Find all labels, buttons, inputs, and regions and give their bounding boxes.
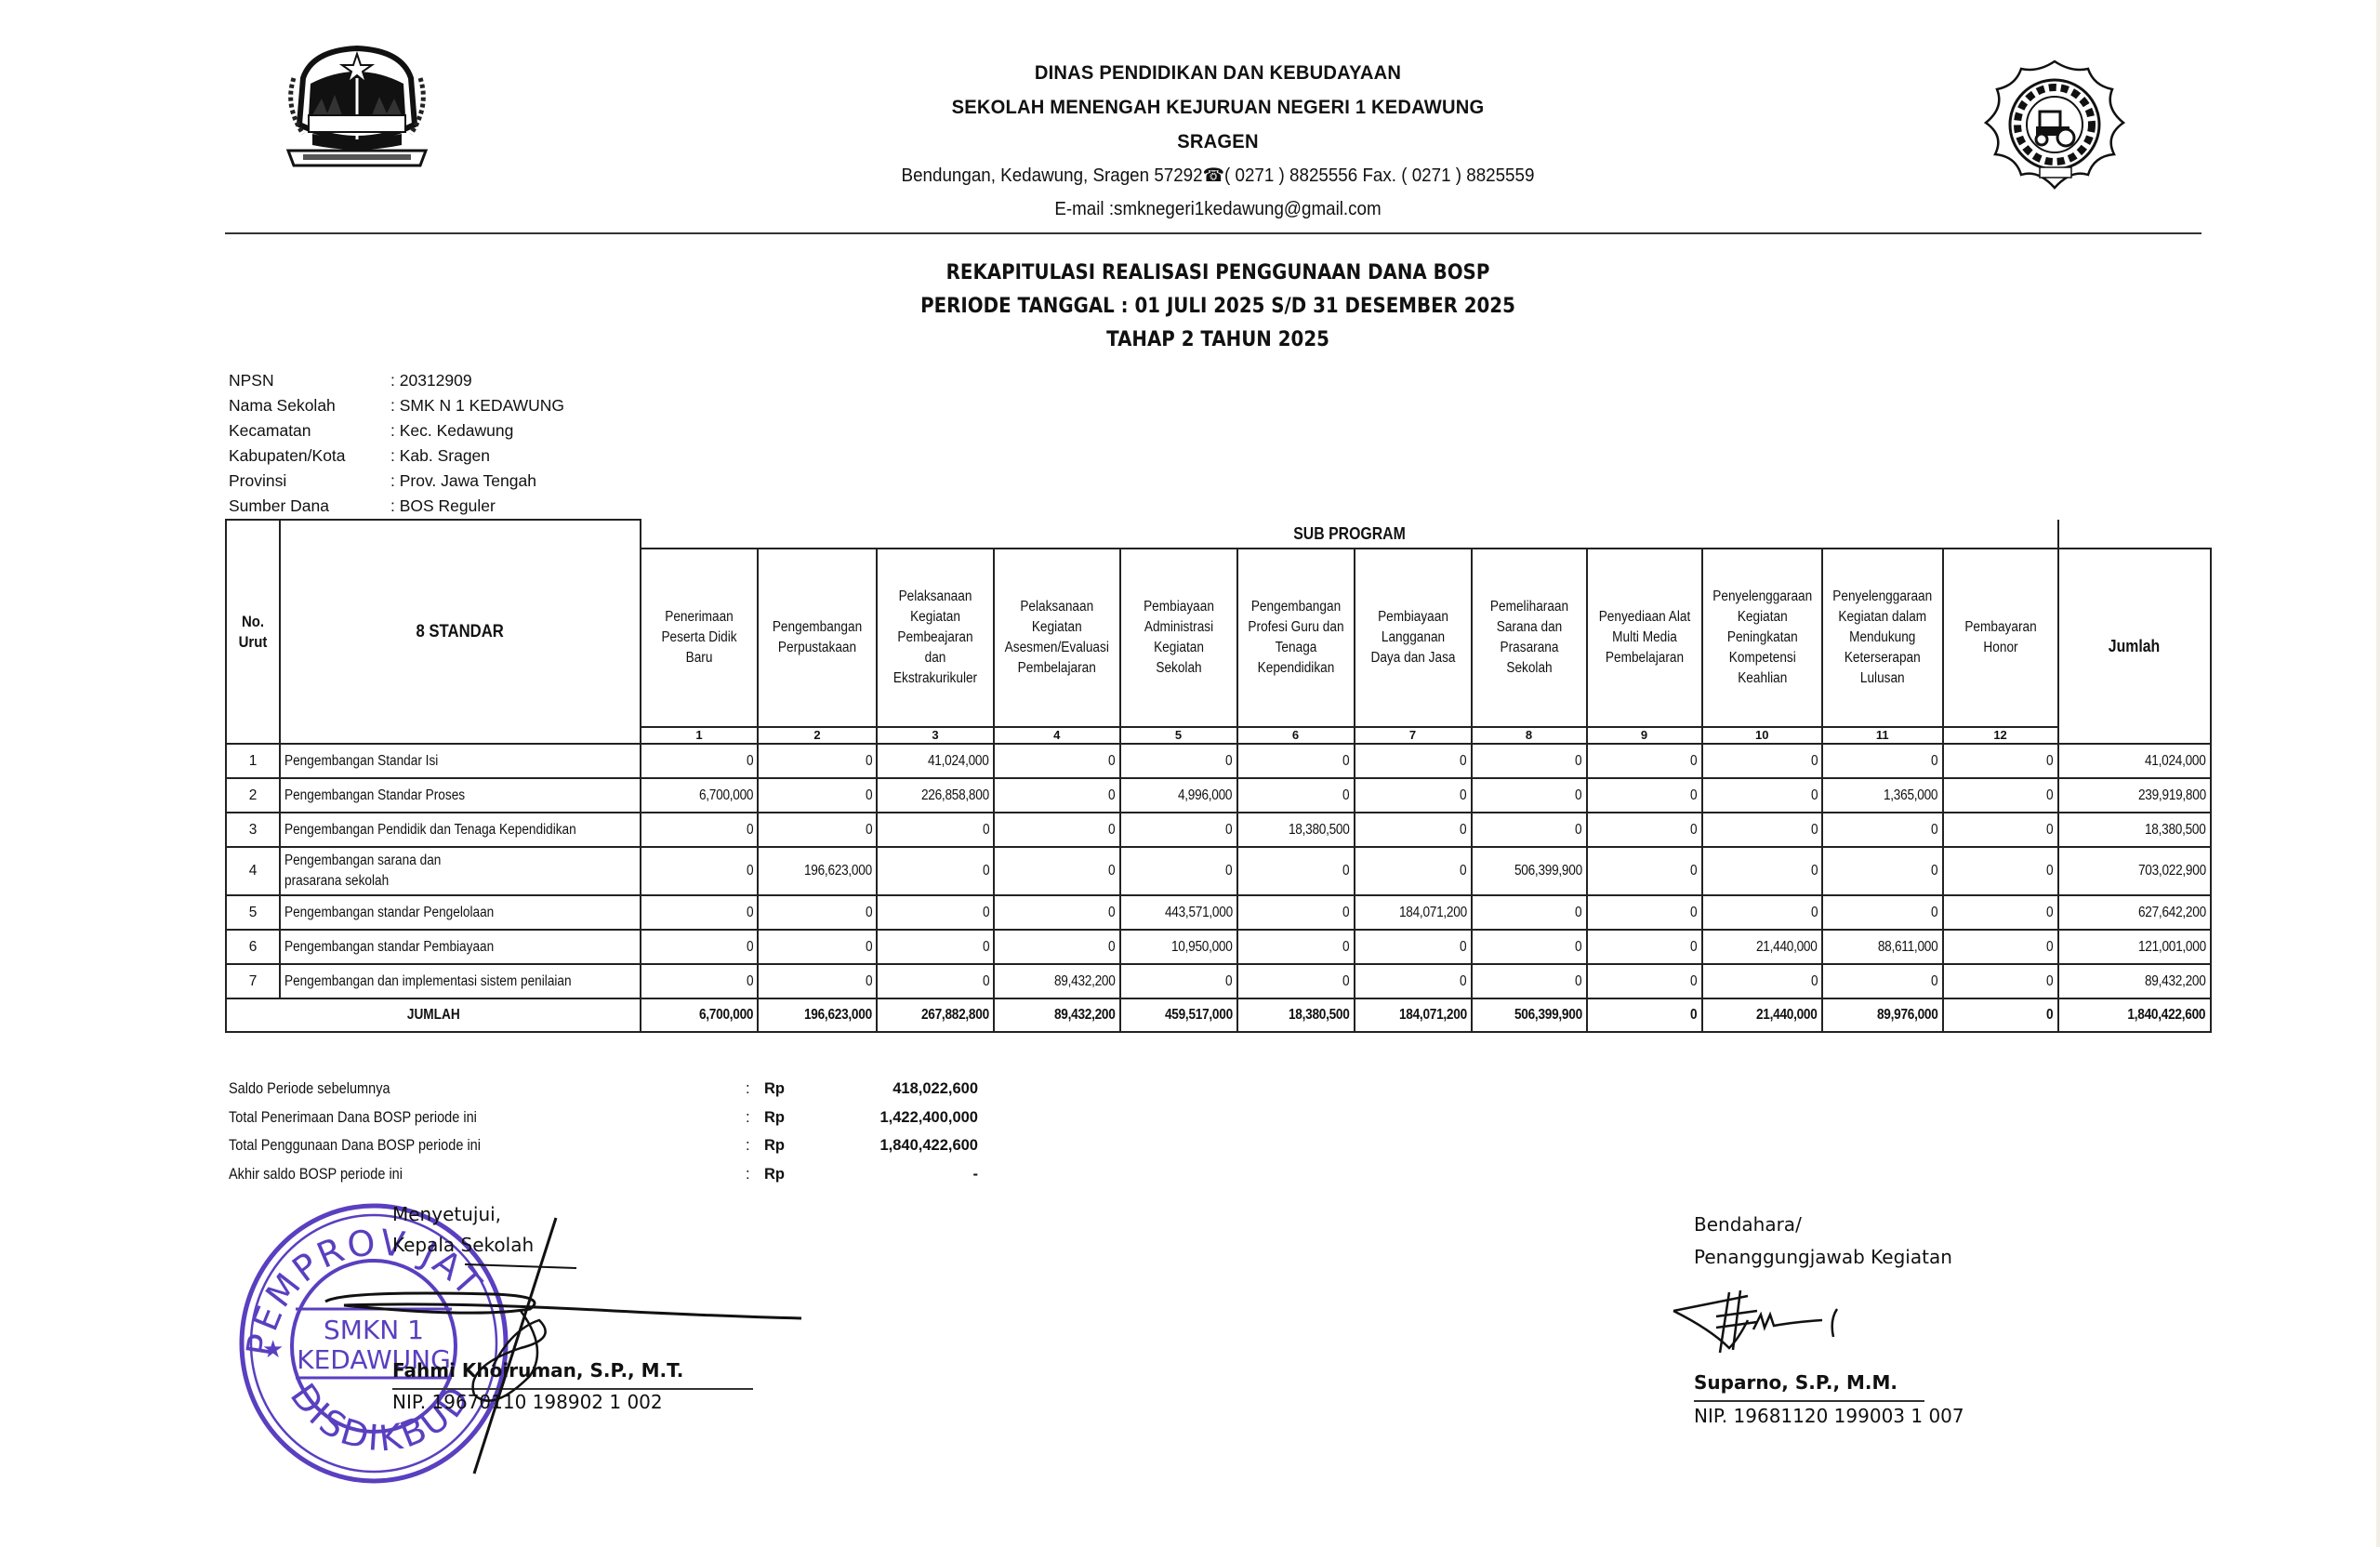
- identity-value: : Kec. Kedawung: [390, 418, 513, 443]
- standard-name: Pengembangan sarana dan prasarana sekola…: [280, 847, 641, 895]
- sub-program-number: 3: [877, 727, 994, 744]
- treasurer-nip: NIP. 19681120 199003 1 007: [1694, 1400, 1964, 1433]
- letterhead: DINAS PENDIDIKAN DAN KEBUDAYAAN SEKOLAH …: [818, 56, 1618, 226]
- summary-separator: :: [746, 1160, 764, 1189]
- cell-value: 0: [1472, 778, 1587, 813]
- cell-value: 0: [994, 847, 1120, 895]
- summary-value: 418,022,600: [839, 1075, 978, 1104]
- letterhead-divider: [225, 232, 2201, 234]
- cell-value: 0: [758, 895, 877, 930]
- table-row: 4Pengembangan sarana dan prasarana sekol…: [226, 847, 2211, 895]
- sub-program-number: 10: [1702, 727, 1823, 744]
- sub-program-header: Penyelenggaraan Kegiatan dalam Mendukung…: [1822, 549, 1943, 727]
- cell-value: 0: [1472, 744, 1587, 778]
- row-total: 121,001,000: [2058, 930, 2211, 964]
- sub-program-number: 1: [641, 727, 758, 744]
- cell-value: 0: [1237, 847, 1355, 895]
- treasurer-title: Penanggungjawab Kegiatan: [1694, 1241, 2066, 1274]
- cell-value: 443,571,000: [1120, 895, 1237, 930]
- table-row: 2Pengembangan Standar Proses6,700,000022…: [226, 778, 2211, 813]
- identity-row: Nama Sekolah: SMK N 1 KEDAWUNG: [229, 393, 564, 418]
- identity-value: : SMK N 1 KEDAWUNG: [390, 393, 564, 418]
- cell-value: 0: [994, 895, 1120, 930]
- identity-label: Provinsi: [229, 469, 390, 494]
- cell-value: 0: [1822, 744, 1943, 778]
- report-title: REKAPITULASI REALISASI PENGGUNAAN DANA B…: [858, 257, 1578, 357]
- cell-value: 0: [758, 744, 877, 778]
- identity-row: Kecamatan: Kec. Kedawung: [229, 418, 564, 443]
- sub-program-number: 4: [994, 727, 1120, 744]
- row-number: 4: [226, 847, 280, 895]
- cell-value: 0: [641, 895, 758, 930]
- standard-name: Pengembangan Standar Proses: [280, 778, 641, 813]
- total-value: 0: [1587, 998, 1702, 1032]
- total-value: 89,432,200: [994, 998, 1120, 1032]
- cell-value: 184,071,200: [1355, 895, 1472, 930]
- identity-value: : Prov. Jawa Tengah: [390, 469, 536, 494]
- identity-label: Sumber Dana: [229, 494, 390, 519]
- agency-name: DINAS PENDIDIKAN DAN KEBUDAYAAN: [834, 56, 1602, 90]
- table-row: 5Pengembangan standar Pengelolaan0000443…: [226, 895, 2211, 930]
- cell-value: 0: [1355, 778, 1472, 813]
- cell-value: 0: [1120, 847, 1237, 895]
- approval-label: Menyetujui,: [392, 1199, 534, 1230]
- summary-value: 1,422,400,000: [839, 1104, 978, 1132]
- sub-program-header: Penyediaan Alat Multi Media Pembelajaran: [1587, 549, 1702, 727]
- cell-value: 0: [1587, 813, 1702, 847]
- cell-value: 0: [641, 964, 758, 998]
- cell-value: 0: [1822, 847, 1943, 895]
- cell-value: 0: [1355, 744, 1472, 778]
- cell-value: 4,996,000: [1120, 778, 1237, 813]
- cell-value: 0: [1237, 895, 1355, 930]
- treasurer-name: Suparno, S.P., M.M.: [1694, 1367, 1897, 1399]
- total-value: 89,976,000: [1822, 998, 1943, 1032]
- sub-program-number: 2: [758, 727, 877, 744]
- cell-value: 0: [1943, 964, 2058, 998]
- cell-value: 0: [1237, 964, 1355, 998]
- total-row: JUMLAH6,700,000196,623,000267,882,80089,…: [226, 998, 2211, 1032]
- sub-program-header: Penerimaan Peserta Didik Baru: [641, 549, 758, 727]
- row-number: 6: [226, 930, 280, 964]
- identity-label: Kecamatan: [229, 418, 390, 443]
- sub-program-header: Pengembangan Profesi Guru dan Tenaga Kep…: [1237, 549, 1355, 727]
- cell-value: 0: [1943, 930, 2058, 964]
- row-total: 41,024,000: [2058, 744, 2211, 778]
- cell-value: 0: [1355, 847, 1472, 895]
- school-name: SEKOLAH MENENGAH KEJURUAN NEGERI 1 KEDAW…: [834, 90, 1602, 125]
- cell-value: 0: [1587, 847, 1702, 895]
- cell-value: 0: [1355, 813, 1472, 847]
- header-spacer: [2058, 520, 2211, 549]
- identity-value: : 20312909: [390, 368, 472, 393]
- svg-text:SMKN 1: SMKN 1: [324, 1315, 424, 1345]
- school-identity: NPSN: 20312909Nama Sekolah: SMK N 1 KEDA…: [229, 368, 564, 519]
- report-stage: TAHAP 2 TAHUN 2025: [858, 324, 1578, 357]
- sub-program-header: Pelaksanaan Kegiatan Pembeajaran dan Eks…: [877, 549, 994, 727]
- row-number: 7: [226, 964, 280, 998]
- cell-value: 0: [994, 813, 1120, 847]
- summary-label: Akhir saldo BOSP periode ini: [229, 1160, 683, 1189]
- cell-value: 0: [758, 930, 877, 964]
- cell-value: 0: [994, 744, 1120, 778]
- total-value: 184,071,200: [1355, 998, 1472, 1032]
- cell-value: 0: [1822, 813, 1943, 847]
- sub-program-number: 8: [1472, 727, 1587, 744]
- cell-value: 0: [1702, 895, 1823, 930]
- cell-value: 0: [994, 930, 1120, 964]
- identity-row: NPSN: 20312909: [229, 368, 564, 393]
- identity-label: Nama Sekolah: [229, 393, 390, 418]
- cell-value: 0: [1702, 744, 1823, 778]
- cell-value: 0: [877, 847, 994, 895]
- total-value: 267,882,800: [877, 998, 994, 1032]
- cell-value: 0: [1237, 930, 1355, 964]
- cell-value: 0: [1472, 895, 1587, 930]
- cell-value: 0: [1943, 847, 2058, 895]
- treasurer-role: Bendahara/: [1694, 1209, 2066, 1241]
- total-value: 6,700,000: [641, 998, 758, 1032]
- cell-value: 6,700,000: [641, 778, 758, 813]
- cell-value: 0: [1472, 964, 1587, 998]
- summary-row: Total Penerimaan Dana BOSP periode ini:R…: [229, 1104, 978, 1132]
- identity-row: Provinsi: Prov. Jawa Tengah: [229, 469, 564, 494]
- address-line: Bendungan, Kedawung, Sragen 57292☎( 0271…: [842, 159, 1593, 192]
- report-title-line1: REKAPITULASI REALISASI PENGGUNAAN DANA B…: [858, 257, 1578, 290]
- col-standar-header: 8 STANDAR: [280, 520, 641, 744]
- summary-currency: Rp: [764, 1131, 839, 1160]
- grand-total: 1,840,422,600: [2058, 998, 2211, 1032]
- cell-value: 0: [877, 964, 994, 998]
- cell-value: 0: [641, 744, 758, 778]
- summary-separator: :: [746, 1104, 764, 1132]
- cell-value: 0: [1702, 778, 1823, 813]
- sub-program-number: 6: [1237, 727, 1355, 744]
- cell-value: 506,399,900: [1472, 847, 1587, 895]
- sub-program-number: 5: [1120, 727, 1237, 744]
- cell-value: 0: [1587, 778, 1702, 813]
- cell-value: 226,858,800: [877, 778, 994, 813]
- sub-program-number: 9: [1587, 727, 1702, 744]
- identity-label: NPSN: [229, 368, 390, 393]
- cell-value: 0: [1702, 964, 1823, 998]
- cell-value: 0: [877, 813, 994, 847]
- cell-value: 0: [877, 930, 994, 964]
- scan-edge: [2376, 0, 2380, 1547]
- cell-value: 88,611,000: [1822, 930, 1943, 964]
- summary-row: Akhir saldo BOSP periode ini:Rp-: [229, 1160, 978, 1189]
- sub-program-number: 11: [1822, 727, 1943, 744]
- cell-value: 0: [1702, 813, 1823, 847]
- sub-program-number: 12: [1943, 727, 2058, 744]
- total-value: 196,623,000: [758, 998, 877, 1032]
- cell-value: 0: [1702, 847, 1823, 895]
- identity-label: Kabupaten/Kota: [229, 443, 390, 469]
- standard-name: Pengembangan standar Pembiayaan: [280, 930, 641, 964]
- col-jumlah-header: Jumlah: [2058, 549, 2211, 744]
- row-total: 627,642,200: [2058, 895, 2211, 930]
- principal-nip: NIP. 19670110 198902 1 002: [392, 1387, 663, 1418]
- row-total: 239,919,800: [2058, 778, 2211, 813]
- total-value: 0: [1943, 998, 2058, 1032]
- principal-signature-icon: [307, 1209, 827, 1487]
- row-number: 1: [226, 744, 280, 778]
- standard-name: Pengembangan Pendidik dan Tenaga Kependi…: [280, 813, 641, 847]
- cell-value: 0: [1822, 895, 1943, 930]
- standard-name: Pengembangan dan implementasi sistem pen…: [280, 964, 641, 998]
- cell-value: 0: [1472, 813, 1587, 847]
- cell-value: 0: [1587, 930, 1702, 964]
- total-value: 21,440,000: [1702, 998, 1823, 1032]
- treasurer-signature-icon: [1664, 1283, 1878, 1357]
- cell-value: 10,950,000: [1120, 930, 1237, 964]
- cell-value: 0: [1120, 744, 1237, 778]
- identity-row: Kabupaten/Kota: Kab. Sragen: [229, 443, 564, 469]
- sub-program-header: Penyelenggaraan Kegiatan Peningkatan Kom…: [1702, 549, 1823, 727]
- table-row: 6Pengembangan standar Pembiayaan000010,9…: [226, 930, 2211, 964]
- cell-value: 0: [1943, 895, 2058, 930]
- cell-value: 89,432,200: [994, 964, 1120, 998]
- row-total: 18,380,500: [2058, 813, 2211, 847]
- cell-value: 0: [1587, 895, 1702, 930]
- cell-value: 0: [641, 813, 758, 847]
- signature-block-treasurer: Bendahara/ Penanggungjawab Kegiatan Supa…: [1694, 1209, 2066, 1274]
- cell-value: 196,623,000: [758, 847, 877, 895]
- cell-value: 0: [994, 778, 1120, 813]
- sub-program-number: 7: [1355, 727, 1472, 744]
- cell-value: 41,024,000: [877, 744, 994, 778]
- principal-name: Fahmi Khoiruman, S.P., M.T.: [392, 1355, 683, 1386]
- total-value: 18,380,500: [1237, 998, 1355, 1032]
- cell-value: 0: [1120, 813, 1237, 847]
- email-line: E-mail :smknegeri1kedawung@gmail.com: [842, 192, 1593, 226]
- identity-row: Sumber Dana: BOS Reguler: [229, 494, 564, 519]
- cell-value: 0: [758, 778, 877, 813]
- sub-program-header: Pemeliharaan Sarana dan Prasarana Sekola…: [1472, 549, 1587, 727]
- cell-value: 0: [877, 895, 994, 930]
- total-value: 506,399,900: [1472, 998, 1587, 1032]
- signature-block-principal: Menyetujui, Kepala Sekolah Fahmi Khoirum…: [392, 1199, 534, 1261]
- sub-program-header: Pembiayaan Langganan Daya dan Jasa: [1355, 549, 1472, 727]
- cell-value: 0: [758, 964, 877, 998]
- sub-program-group-header: SUB PROGRAM: [641, 520, 2058, 549]
- summary-currency: Rp: [764, 1160, 839, 1189]
- summary-currency: Rp: [764, 1104, 839, 1132]
- school-emblem-icon: [1975, 58, 2135, 193]
- standard-name: Pengembangan standar Pengelolaan: [280, 895, 641, 930]
- summary-separator: :: [746, 1075, 764, 1104]
- cell-value: 0: [1587, 964, 1702, 998]
- cell-value: 0: [1943, 744, 2058, 778]
- total-value: 459,517,000: [1120, 998, 1237, 1032]
- cell-value: 18,380,500: [1237, 813, 1355, 847]
- row-number: 2: [226, 778, 280, 813]
- cell-value: 0: [758, 813, 877, 847]
- summary-value: -: [839, 1160, 978, 1189]
- city-name: SRAGEN: [834, 125, 1602, 159]
- standard-name: Pengembangan Standar Isi: [280, 744, 641, 778]
- jawa-tengah-emblem-icon: [275, 41, 439, 180]
- table-row: 1Pengembangan Standar Isi0041,024,000000…: [226, 744, 2211, 778]
- cell-value: 0: [1355, 964, 1472, 998]
- cell-value: 0: [1472, 930, 1587, 964]
- cell-value: 0: [1120, 964, 1237, 998]
- sub-program-header: Pembiayaan Administrasi Kegiatan Sekolah: [1120, 549, 1237, 727]
- report-period: PERIODE TANGGAL : 01 JULI 2025 S/D 31 DE…: [858, 290, 1578, 324]
- cell-value: 21,440,000: [1702, 930, 1823, 964]
- row-number: 3: [226, 813, 280, 847]
- cell-value: 1,365,000: [1822, 778, 1943, 813]
- cell-value: 0: [1237, 778, 1355, 813]
- sub-program-header: Pengembangan Perpustakaan: [758, 549, 877, 727]
- cell-value: 0: [1943, 778, 2058, 813]
- summary-label: Total Penerimaan Dana BOSP periode ini: [229, 1104, 683, 1132]
- row-number: 5: [226, 895, 280, 930]
- cell-value: 0: [1822, 964, 1943, 998]
- identity-value: : Kab. Sragen: [390, 443, 490, 469]
- recap-table: No. Urut 8 STANDAR SUB PROGRAM Penerimaa…: [225, 519, 2212, 1033]
- cell-value: 0: [641, 930, 758, 964]
- cell-value: 0: [1587, 744, 1702, 778]
- total-label: JUMLAH: [226, 998, 641, 1032]
- table-row: 7Pengembangan dan implementasi sistem pe…: [226, 964, 2211, 998]
- balance-summary: Saldo Periode sebelumnya:Rp418,022,600To…: [229, 1075, 978, 1188]
- cell-value: 0: [1943, 813, 2058, 847]
- cell-value: 0: [1355, 930, 1472, 964]
- summary-separator: :: [746, 1131, 764, 1160]
- row-total: 703,022,900: [2058, 847, 2211, 895]
- table-row: 3Pengembangan Pendidik dan Tenaga Kepend…: [226, 813, 2211, 847]
- svg-text:★: ★: [262, 1335, 284, 1363]
- cell-value: 0: [641, 847, 758, 895]
- col-no-header: No. Urut: [226, 520, 280, 744]
- summary-currency: Rp: [764, 1075, 839, 1104]
- sub-program-header: Pembayaran Honor: [1943, 549, 2058, 727]
- row-total: 89,432,200: [2058, 964, 2211, 998]
- summary-label: Total Penggunaan Dana BOSP periode ini: [229, 1131, 683, 1160]
- cell-value: 0: [1237, 744, 1355, 778]
- summary-row: Total Penggunaan Dana BOSP periode ini:R…: [229, 1131, 978, 1160]
- summary-row: Saldo Periode sebelumnya:Rp418,022,600: [229, 1075, 978, 1104]
- identity-value: : BOS Reguler: [390, 494, 496, 519]
- summary-value: 1,840,422,600: [839, 1131, 978, 1160]
- principal-title: Kepala Sekolah: [392, 1230, 534, 1261]
- summary-label: Saldo Periode sebelumnya: [229, 1075, 683, 1104]
- sub-program-header: Pelaksanaan Kegiatan Asesmen/Evaluasi Pe…: [994, 549, 1120, 727]
